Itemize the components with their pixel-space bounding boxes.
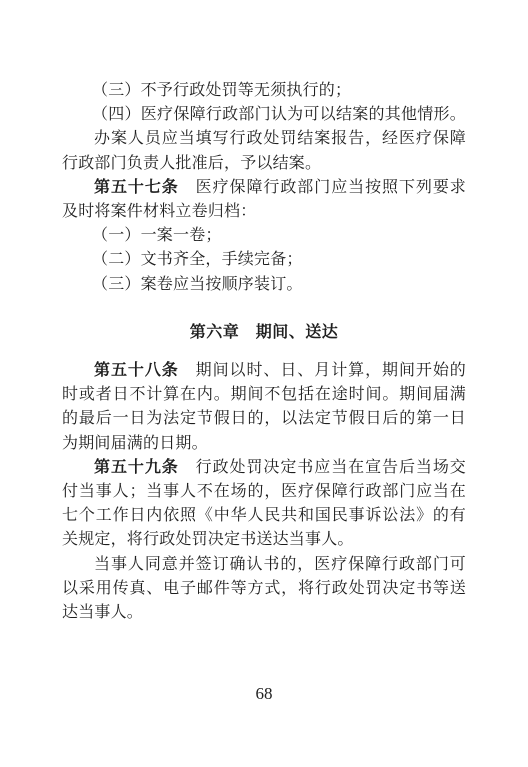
closing-condition-item-4: （四）医疗保障行政部门认为可以结案的其他情形。 [62,103,466,127]
article-59-number: 第五十九条 [94,459,179,476]
article-59-line-1: 第五十九条 行政处罚决定书应当在宣告后当场交 [62,456,466,480]
article-59-line-4: 关规定，将行政处罚决定书送达当事人。 [62,528,466,552]
article-59-line-3: 七个工作日内依照《中华人民共和国民事诉讼法》的有 [62,504,466,528]
article-58-number: 第五十八条 [94,362,179,379]
article-57-number: 第五十七条 [94,179,179,196]
archive-requirement-item-2: （二）文书齐全，手续完备； [62,248,466,272]
article-58-line-3: 的最后一日为法定节假日的，以法定节假日后的第一日 [62,407,466,431]
article-58-line-4: 为期间届满的日期。 [62,432,466,456]
article-59-text: 行政处罚决定书应当在宣告后当场交 [179,459,466,476]
chapter-6-heading: 第六章 期间、送达 [62,321,466,345]
closing-paragraph-line-2: 行政部门负责人批准后，予以结案。 [62,152,466,176]
archive-requirement-item-1: （一）一案一卷； [62,224,466,248]
article-58-line-2: 时或者日不计算在内。期间不包括在途时间。期间届满 [62,383,466,407]
article-57-line-2: 及时将案件材料立卷归档： [62,200,466,224]
closing-paragraph-line-1: 办案人员应当填写行政处罚结案报告，经医疗保障 [62,127,466,151]
article-59-paragraph-2-line-3: 达当事人。 [62,601,466,625]
article-57-text: 医疗保障行政部门应当按照下列要求 [179,179,466,196]
document-page: （三）不予行政处罚等无须执行的； （四）医疗保障行政部门认为可以结案的其他情形。… [0,0,528,767]
article-59-line-2: 付当事人；当事人不在场的，医疗保障行政部门应当在 [62,480,466,504]
article-59-paragraph-2-line-2: 以采用传真、电子邮件等方式，将行政处罚决定书等送 [62,577,466,601]
article-58-line-1: 第五十八条 期间以时、日、月计算，期间开始的 [62,359,466,383]
archive-requirement-item-3: （三）案卷应当按顺序装订。 [62,273,466,297]
page-text-block: （三）不予行政处罚等无须执行的； （四）医疗保障行政部门认为可以结案的其他情形。… [62,79,466,625]
page-number: 68 [0,684,528,704]
article-58-text: 期间以时、日、月计算，期间开始的 [179,362,466,379]
article-57-line-1: 第五十七条 医疗保障行政部门应当按照下列要求 [62,176,466,200]
closing-condition-item-3: （三）不予行政处罚等无须执行的； [62,79,466,103]
article-59-paragraph-2-line-1: 当事人同意并签订确认书的，医疗保障行政部门可 [62,553,466,577]
